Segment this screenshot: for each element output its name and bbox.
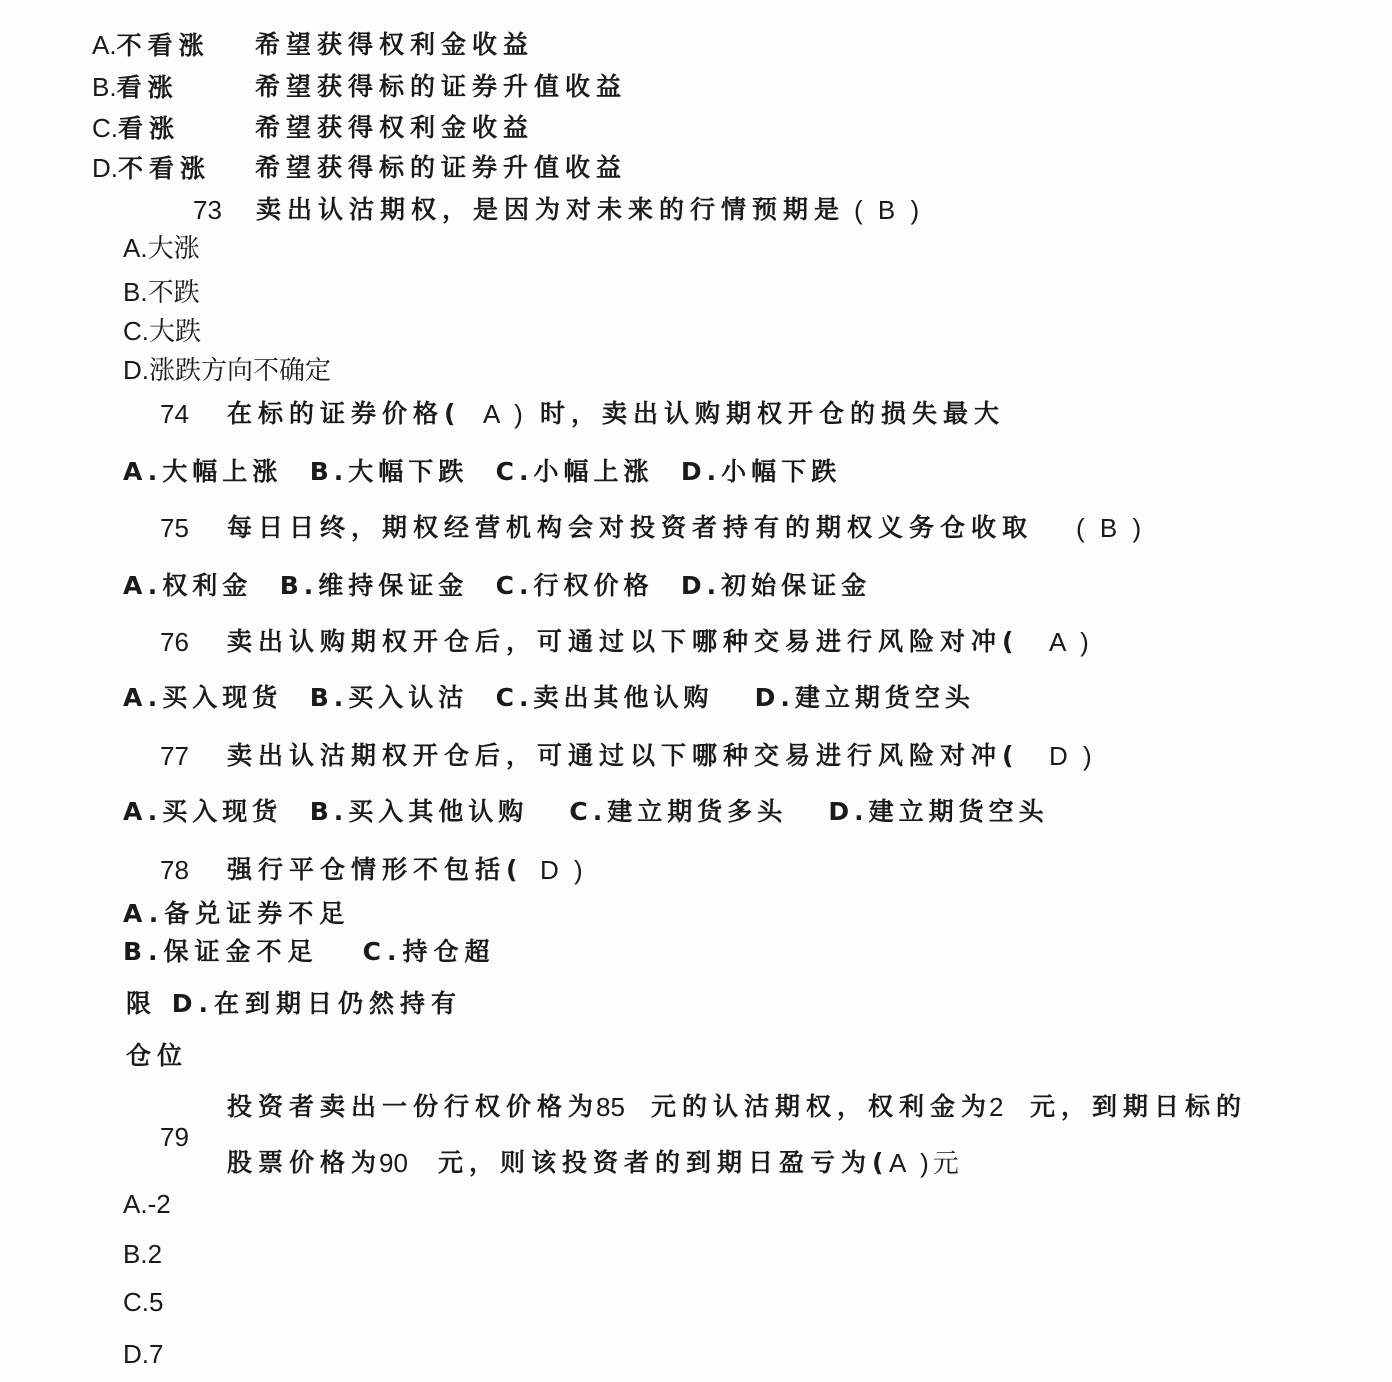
option: D.涨跌方向不确定: [123, 355, 331, 386]
question-text: 卖出认沽期权开仓后，可通过以下哪种交易进行风险对冲(: [227, 741, 1019, 771]
option-view: 不看涨: [117, 31, 210, 60]
question-text-2c: 元，则该投资者的到期日盈亏为(: [438, 1148, 889, 1178]
q72-option-c-goal: 希望获得权利金收益: [255, 113, 534, 143]
premium: 2: [989, 1092, 1003, 1122]
answer: A ): [483, 399, 527, 429]
q72-option-b-goal: 希望获得标的证券升值收益: [255, 72, 627, 102]
option-text: B.不跌: [123, 277, 200, 307]
option-letter: B.: [92, 72, 117, 102]
options-line: 仓位: [126, 1041, 188, 1071]
option-text: D.涨跌方向不确定: [123, 355, 331, 385]
question-number: 79: [160, 1122, 189, 1152]
stock-price: 90: [379, 1148, 408, 1178]
options-line: A.备兑证券不足: [123, 899, 350, 929]
option: C.5: [123, 1287, 163, 1317]
question-text-1e: 元，到期日标的: [1030, 1092, 1247, 1122]
answer: D ): [1049, 741, 1096, 771]
question-text: 卖出认购期权开仓后，可通过以下哪种交易进行风险对冲(: [227, 627, 1019, 657]
option: D.7: [123, 1339, 163, 1369]
question-text-1c: 元的认沽期权，权利金为: [651, 1092, 992, 1122]
question-text: 强行平仓情形不包括(: [227, 855, 523, 885]
q72-option-a-goal: 希望获得权利金收益: [255, 30, 534, 60]
question-number: 78: [160, 855, 189, 885]
q72-option-b-view: B.看涨: [92, 72, 179, 103]
answer: D ): [540, 855, 587, 885]
question-text-after: 时，卖出认购期权开仓的损失最大: [540, 399, 1005, 429]
options-line: A.大幅上涨 B.大幅下跌 C.小幅上涨 D.小幅下跌: [123, 457, 841, 487]
option-letter: A.: [92, 30, 117, 60]
q72-option-d-view: D.不看涨: [92, 153, 211, 184]
options-line: A.权利金 B.维持保证金 C.行权价格 D.初始保证金: [123, 571, 871, 601]
option-letter: D.: [92, 153, 118, 183]
strike-price: 85: [596, 1092, 625, 1122]
question-text: 每日日终，期权经营机构会对投资者持有的期权义务仓收取: [227, 513, 1033, 543]
question-number: 74: [160, 399, 189, 429]
answer: ( B ): [854, 195, 923, 225]
question-text-before: 在标的证券价格(: [227, 399, 461, 429]
option: B.2: [123, 1239, 162, 1269]
answer: ( B ): [1076, 513, 1145, 543]
answer: A )元: [889, 1148, 963, 1178]
question-number: 73: [193, 195, 222, 225]
option-text: C.大跌: [123, 316, 201, 346]
option: A.-2: [123, 1189, 171, 1219]
option-view: 看涨: [117, 73, 179, 102]
option: C.大跌: [123, 316, 201, 347]
question-text: 卖出认沽期权，是因为对未来的行情预期是: [256, 195, 845, 225]
option: A.大涨: [123, 233, 200, 264]
question-text-2a: 股票价格为: [227, 1148, 382, 1178]
option-view: 不看涨: [118, 154, 211, 183]
q72-option-c-view: C.看涨: [92, 113, 180, 144]
q72-option-d-goal: 希望获得标的证券升值收益: [255, 153, 627, 183]
option: B.不跌: [123, 277, 200, 308]
option-text: A.大涨: [123, 233, 200, 263]
question-number: 75: [160, 513, 189, 543]
question-text-1a: 投资者卖出一份行权价格为: [227, 1092, 599, 1122]
options-line: 限 D.在到期日仍然持有: [126, 989, 462, 1019]
option-letter: C.: [92, 113, 118, 143]
question-number: 76: [160, 627, 189, 657]
options-line: A.买入现货 B.买入认沽 C.卖出其他认购 D.建立期货空头: [123, 683, 975, 713]
q72-option-a-view: A.不看涨: [92, 30, 210, 61]
options-line: B.保证金不足 C.持仓超: [123, 937, 496, 967]
option-view: 看涨: [118, 114, 180, 143]
options-line: A.买入现货 B.买入其他认购 C.建立期货多头 D.建立期货空头: [123, 797, 1049, 827]
answer: A ): [1049, 627, 1093, 657]
question-number: 77: [160, 741, 189, 771]
